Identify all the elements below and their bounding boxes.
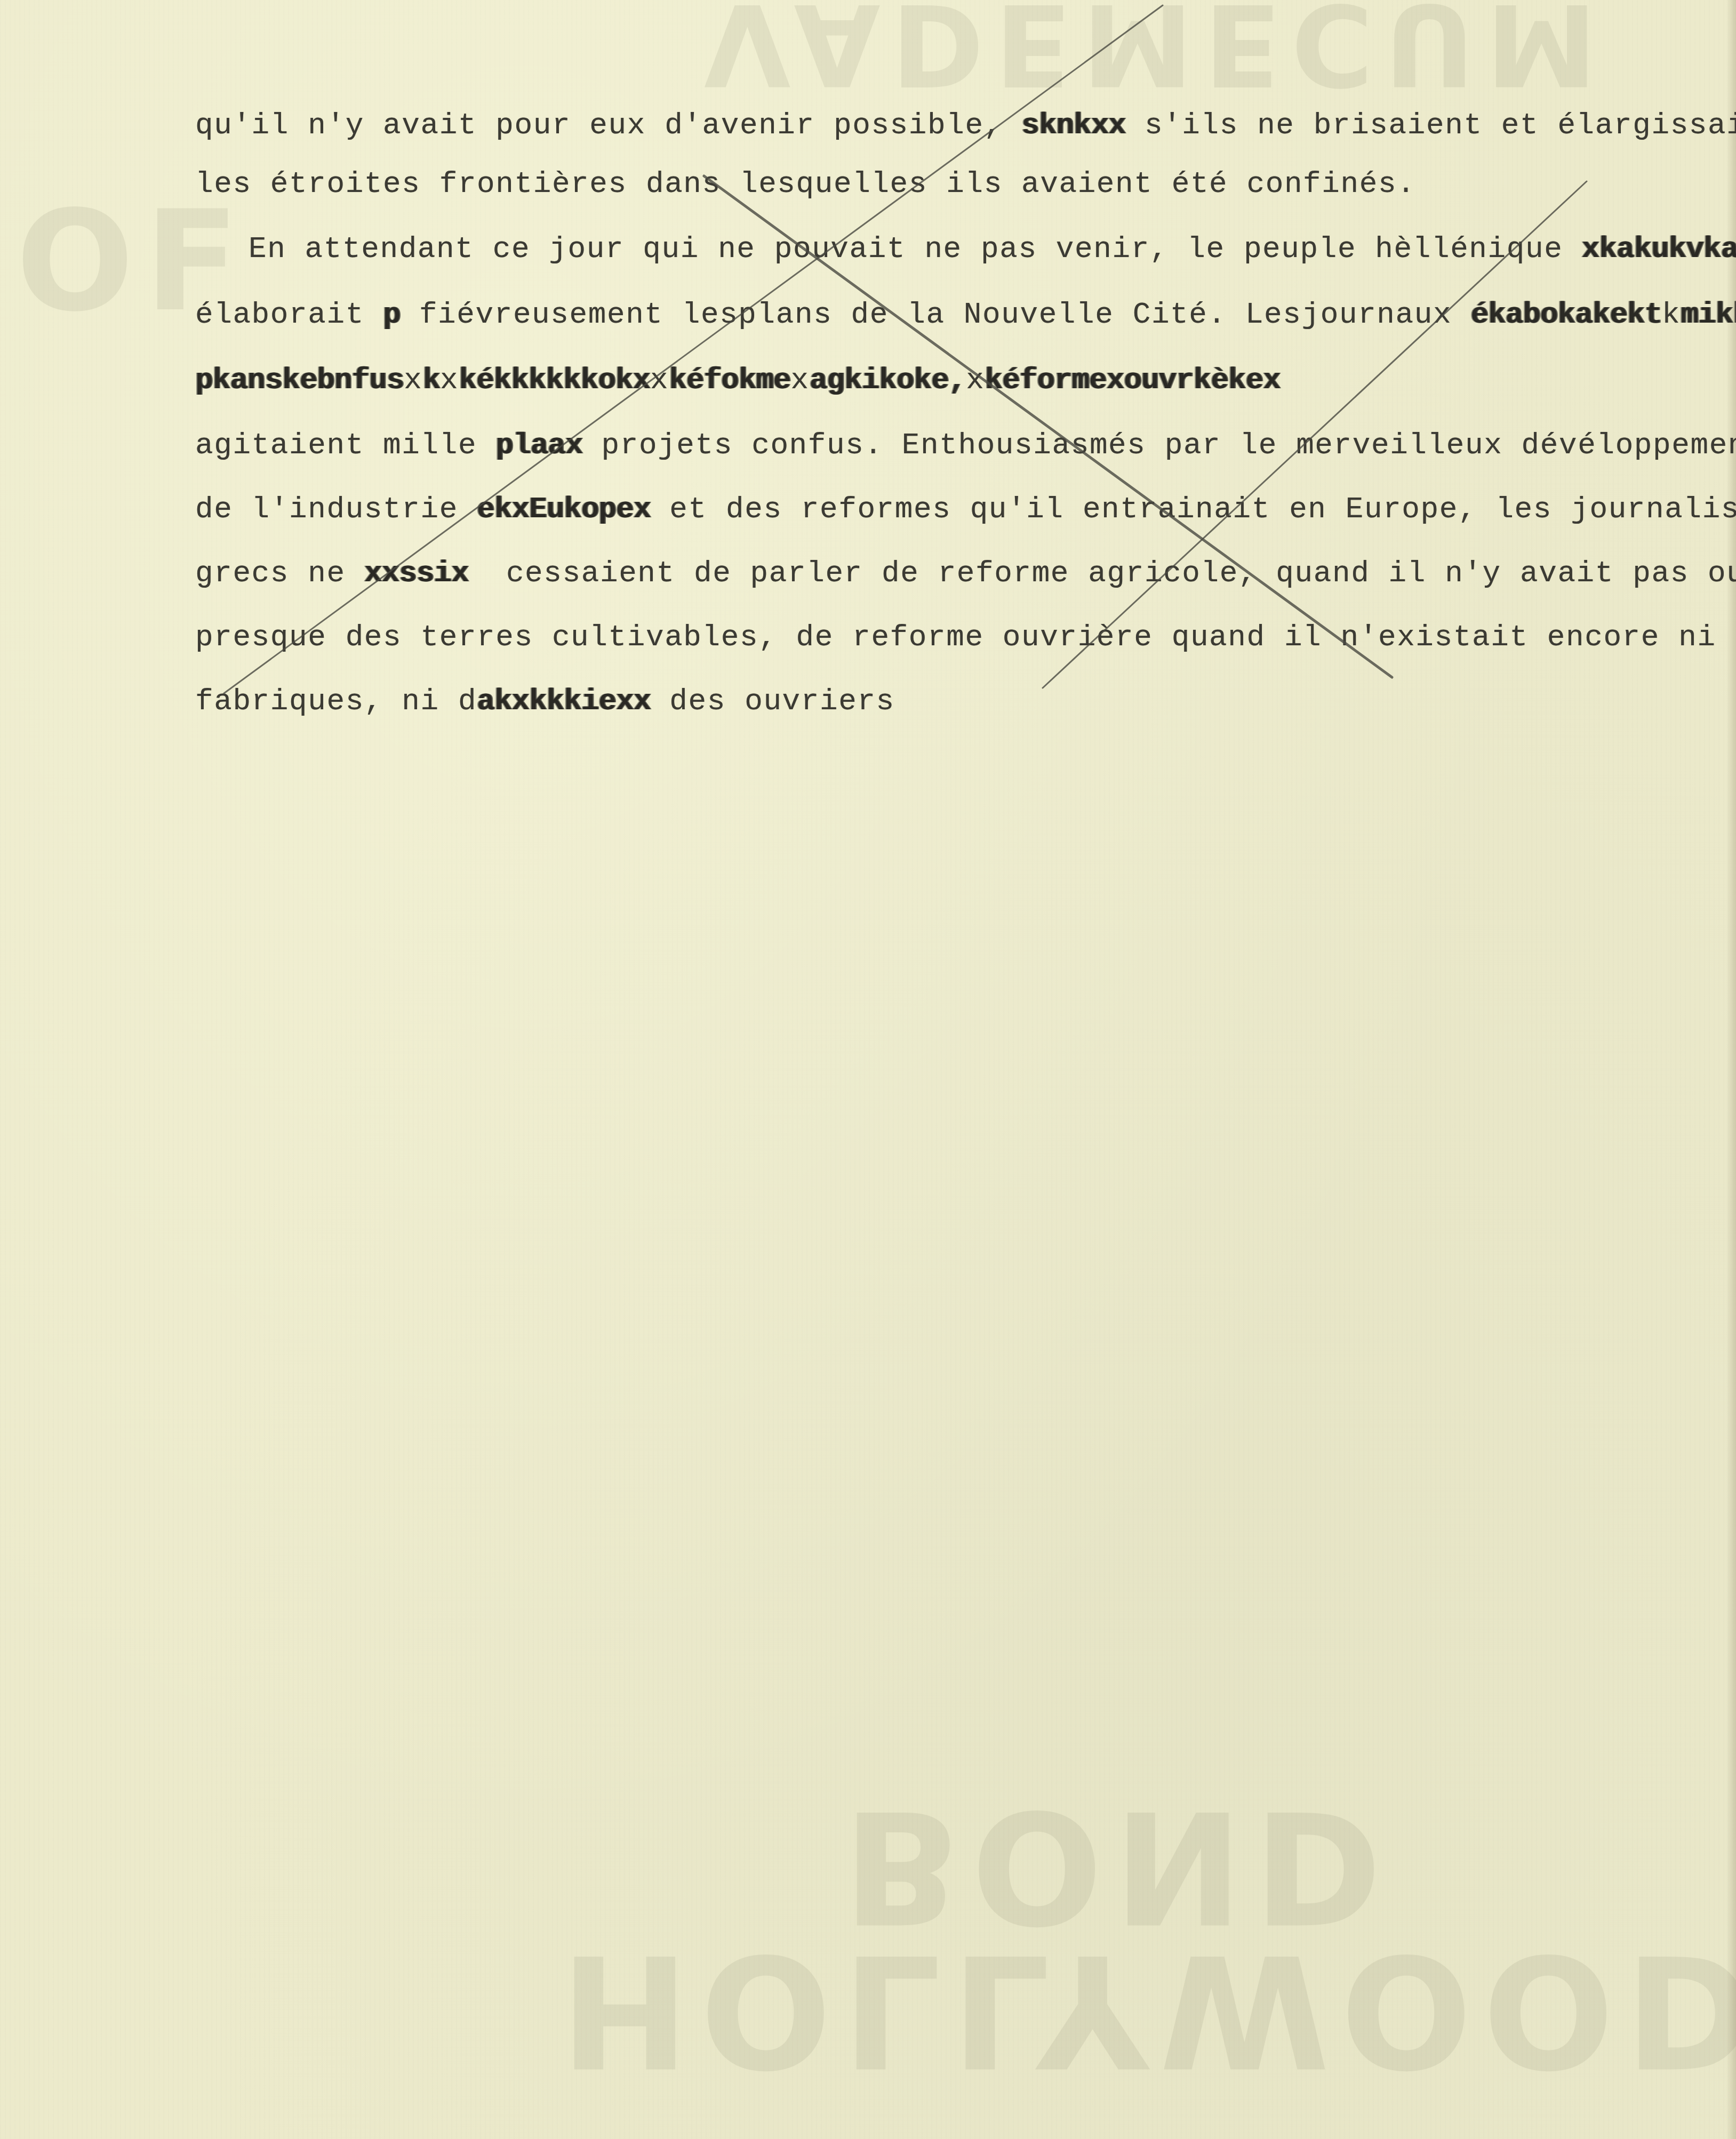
typed-text: projets confus. Enthousiasmés par le mer… xyxy=(582,428,1736,462)
struck-out-text: kéfokme xyxy=(669,363,790,397)
struck-out-text: kéformexouvrkèkex xyxy=(985,363,1280,397)
struck-out-text: p xyxy=(383,298,401,332)
typed-line: de l'industrie ekxEukopex et des reforme… xyxy=(195,491,1736,528)
typed-text: fabriques, ni d xyxy=(195,684,477,718)
typed-text: x xyxy=(790,363,809,397)
typed-text: les étroites frontières dans lesquelles … xyxy=(195,167,1415,201)
struck-out-text: kékkkkkkokx xyxy=(459,363,650,397)
typed-line: fabriques, ni dakxkkkiexx des ouvriers xyxy=(195,683,895,720)
typed-text: cessaient de parler de reforme agricole,… xyxy=(469,556,1736,590)
struck-out-text: sknkxx xyxy=(1021,108,1126,142)
struck-out-text: mikklex xyxy=(1681,298,1736,332)
struck-out-text: akxkkkiexx xyxy=(477,684,651,718)
struck-out-text: xkakukvkaitx xyxy=(1582,232,1736,266)
typed-line: pkanskebnfusxkxkékkkkkkokxxkéfokmexagkik… xyxy=(195,362,1281,399)
struck-out-text: pkanskebnfus xyxy=(195,363,404,397)
typed-text: des ouvriers xyxy=(651,684,895,718)
typed-text: En attendant ce jour qui ne pouvait ne p… xyxy=(249,232,1582,266)
typed-line: presque des terres cultivables, de refor… xyxy=(195,619,1736,656)
typed-text: et des reformes qu'il entrainait en Euro… xyxy=(651,492,1736,526)
typed-text: k xyxy=(1662,298,1681,332)
typed-text: presque des terres cultivables, de refor… xyxy=(195,620,1736,654)
typed-line: élaborait p fiévreusement lesplans de la… xyxy=(195,296,1736,333)
struck-out-text: k xyxy=(422,363,440,397)
typed-text: x xyxy=(966,363,985,397)
typed-text: s'ils ne brisaient et élargissaient xyxy=(1126,108,1736,142)
struck-out-text: xxssix xyxy=(364,556,469,590)
typed-line: qu'il n'y avait pour eux d'avenir possib… xyxy=(195,107,1736,144)
typed-line: les étroites frontières dans lesquelles … xyxy=(195,165,1415,203)
typed-text: fiévreusement lesplans de la Nouvelle Ci… xyxy=(401,298,1471,332)
typed-text: x xyxy=(404,363,422,397)
typed-text: grecs ne xyxy=(195,556,364,590)
typed-text: qu'il n'y avait pour eux d'avenir possib… xyxy=(195,108,1021,142)
typed-line: grecs ne xxssix cessaient de parler de r… xyxy=(195,555,1736,592)
struck-out-text: ekxEukopex xyxy=(477,492,651,526)
typed-text: de l'industrie xyxy=(195,492,477,526)
struck-out-text: agkikoke, xyxy=(810,363,966,397)
typed-text: x xyxy=(440,363,459,397)
typed-text: agitaient mille xyxy=(195,428,495,462)
typed-text: élaborait xyxy=(195,298,383,332)
struck-out-text: ékabokakekt xyxy=(1470,298,1662,332)
typed-line: En attendant ce jour qui ne pouvait ne p… xyxy=(249,230,1736,268)
typed-text: x xyxy=(650,363,669,397)
struck-out-text: plaax xyxy=(495,428,582,462)
typed-line: agitaient mille plaax projets confus. En… xyxy=(195,427,1736,464)
